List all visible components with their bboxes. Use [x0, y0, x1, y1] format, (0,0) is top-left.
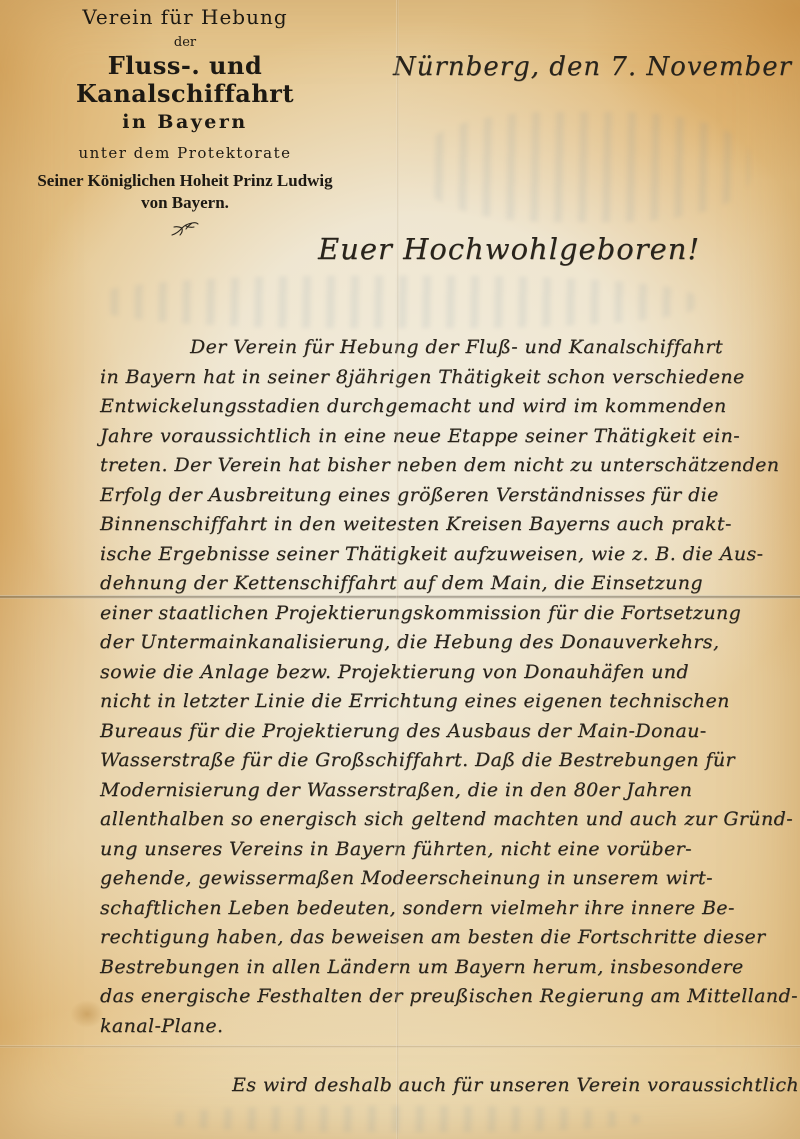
salutation: Euer Hochwohlgeboren! — [318, 232, 700, 266]
handwritten-line: Der Verein für Hebung der Fluß- und Kana… — [100, 333, 765, 363]
dateline: Nürnberg, den 7. November 1900. — [393, 52, 800, 82]
handwritten-line: rechtigung haben, das beweisen am besten… — [100, 923, 765, 953]
body-paragraph-1: Der Verein für Hebung der Fluß- und Kana… — [100, 333, 765, 1041]
handwritten-line: gehende, gewissermaßen Modeerscheinung i… — [100, 864, 765, 894]
handwritten-line: Entwickelungsstadien durchgemacht und wi… — [100, 392, 765, 422]
handwritten-line: Wasserstraße für die Großschiffahrt. Daß… — [100, 746, 765, 776]
handwritten-line: der Untermainkanalisierung, die Hebung d… — [100, 628, 765, 658]
handwritten-line: in Bayern hat in seiner 8jährigen Thätig… — [100, 363, 765, 393]
letterhead: Verein für Hebung der Fluss-. und Kanals… — [20, 5, 350, 242]
handwritten-line: sowie die Anlage bezw. Projektierung von… — [100, 658, 765, 688]
handwritten-line: einer staatlichen Projektierungskommissi… — [100, 599, 765, 629]
handwritten-line: Bestrebungen in allen Ländern um Bayern … — [100, 953, 765, 983]
handwritten-line: Erfolg der Ausbreitung eines größeren Ve… — [100, 481, 765, 511]
handwritten-line: allenthalben so energisch sich geltend m… — [100, 805, 765, 835]
handwritten-line: Modernisierung der Wasserstraßen, die in… — [100, 776, 765, 806]
letterhead-region: in Bayern — [20, 111, 350, 133]
handwritten-line: kanal-Plane. — [100, 1012, 765, 1042]
ink-bleedthrough — [420, 112, 750, 222]
floral-sprig-icon — [20, 220, 350, 242]
horizontal-fold-crease — [0, 595, 800, 599]
letterhead-patron: Seiner Königlichen Hoheit Prinz Ludwig — [20, 171, 350, 190]
letterhead-association-name-2: Fluss-. und Kanalschiffahrt — [20, 52, 350, 108]
letter-page: Verein für Hebung der Fluss-. und Kanals… — [0, 0, 800, 1139]
letter-body: Der Verein für Hebung der Fluß- und Kana… — [100, 333, 765, 1100]
handwritten-line: treten. Der Verein hat bisher neben dem … — [100, 451, 765, 481]
handwritten-line: Jahre voraussichtlich in eine neue Etapp… — [100, 422, 765, 452]
ink-bleedthrough — [95, 276, 695, 328]
handwritten-line: nicht in letzter Linie die Errichtung ei… — [100, 687, 765, 717]
handwritten-line: schaftlichen Leben bedeuten, sondern vie… — [100, 894, 765, 924]
horizontal-fold-crease-2 — [0, 1045, 800, 1048]
body-paragraph-2: Es wird deshalb auch für unseren Verein … — [100, 1071, 765, 1101]
handwritten-line: ung unseres Vereins in Bayern führten, n… — [100, 835, 765, 865]
handwritten-line: Es wird deshalb auch für unseren Verein … — [100, 1071, 765, 1101]
letterhead-der: der — [20, 35, 350, 50]
vertical-fold-crease — [396, 0, 399, 1139]
handwritten-line: Bureaus für die Projektierung des Ausbau… — [100, 717, 765, 747]
handwritten-line: Binnenschiffahrt in den weitesten Kreise… — [100, 510, 765, 540]
handwritten-line: ische Ergebnisse seiner Thätigkeit aufzu… — [100, 540, 765, 570]
ink-bleedthrough — [160, 1106, 640, 1132]
handwritten-line: das energische Festhalten der preußische… — [100, 982, 765, 1012]
letterhead-patron-region: von Bayern. — [20, 193, 350, 212]
letterhead-association-name: Verein für Hebung — [20, 5, 350, 29]
paper-stain-spot — [70, 1000, 104, 1028]
letterhead-protectorate: unter dem Protektorate — [20, 145, 350, 162]
